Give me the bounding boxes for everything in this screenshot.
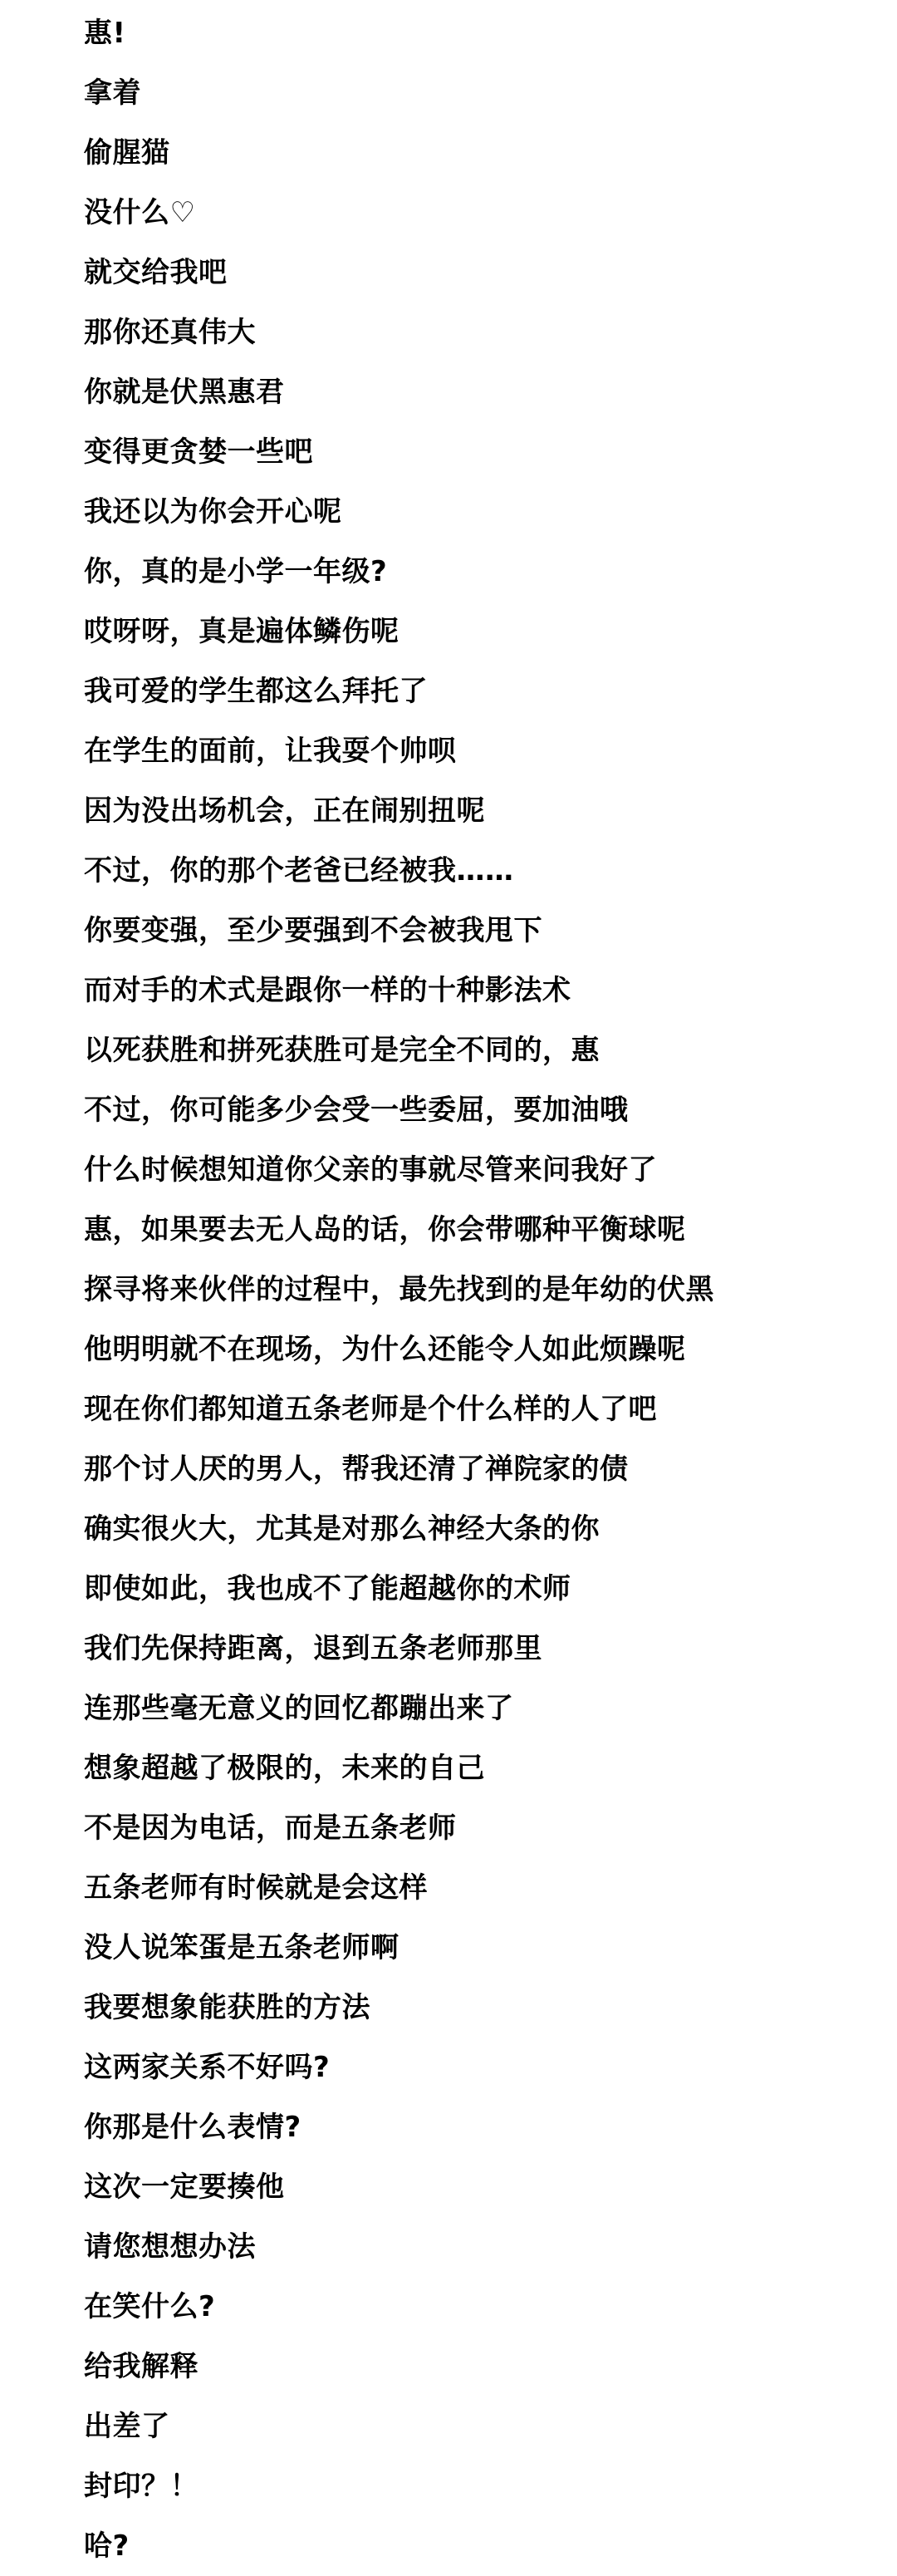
dialogue-line: 五条老师有时候就是会这样 xyxy=(84,1858,897,1918)
dialogue-line: 不过，你可能多少会受一些委屈，要加油哦 xyxy=(84,1080,897,1140)
dialogue-line: 即使如此，我也成不了能超越你的术师 xyxy=(84,1559,897,1619)
dialogue-line: 哎呀呀，真是遍体鳞伤呢 xyxy=(84,602,897,661)
dialogue-line: 给我解释 xyxy=(84,2337,897,2397)
dialogue-line: 我要想象能获胜的方法 xyxy=(84,1978,897,2038)
dialogue-line: 变得更贪婪一些吧 xyxy=(84,422,897,482)
dialogue-line: 那你还真伟大 xyxy=(84,302,897,362)
dialogue-line: 惠，如果要去无人岛的话，你会带哪种平衡球呢 xyxy=(84,1200,897,1260)
dialogue-line: 这两家关系不好吗? xyxy=(84,2038,897,2097)
dialogue-line: 哈? xyxy=(84,2516,897,2576)
dialogue-line: 你要变强，至少要强到不会被我甩下 xyxy=(84,901,897,961)
dialogue-line: 没人说笨蛋是五条老师啊 xyxy=(84,1918,897,1978)
dialogue-line: 你就是伏黑惠君 xyxy=(84,362,897,422)
dialogue-line: 在笑什么? xyxy=(84,2277,897,2337)
dialogue-line: 探寻将来伙伴的过程中，最先找到的是年幼的伏黑 xyxy=(84,1260,897,1320)
dialogue-line: 我们先保持距离，退到五条老师那里 xyxy=(84,1619,897,1679)
dialogue-line: 惠! xyxy=(84,3,897,63)
dialogue-line: 封印？！ xyxy=(84,2456,897,2516)
dialogue-line: 以死获胜和拼死获胜可是完全不同的，惠 xyxy=(84,1020,897,1080)
dialogue-line: 那个讨人厌的男人，帮我还清了禅院家的债 xyxy=(84,1439,897,1499)
dialogue-line: 这次一定要揍他 xyxy=(84,2157,897,2217)
dialogue-line: 请您想想办法 xyxy=(84,2217,897,2277)
dialogue-line: 出差了 xyxy=(84,2397,897,2456)
dialogue-line: 我还以为你会开心呢 xyxy=(84,482,897,542)
dialogue-line: 因为没出场机会，正在闹别扭呢 xyxy=(84,781,897,841)
dialogue-line: 现在你们都知道五条老师是个什么样的人了吧 xyxy=(84,1379,897,1439)
dialogue-line: 他明明就不在现场，为什么还能令人如此烦躁呢 xyxy=(84,1320,897,1379)
dialogue-line: 在学生的面前，让我耍个帅呗 xyxy=(84,721,897,781)
dialogue-line: 就交给我吧 xyxy=(84,243,897,302)
dialogue-line: 确实很火大，尤其是对那么神经大条的你 xyxy=(84,1499,897,1559)
text-page: 惠! 拿着 偷腥猫 没什么♡ 就交给我吧 那你还真伟大 你就是伏黑惠君 变得更贪… xyxy=(0,0,897,2576)
dialogue-line: 偷腥猫 xyxy=(84,123,897,183)
dialogue-line: 不过，你的那个老爸已经被我…… xyxy=(84,841,897,901)
dialogue-line: 什么时候想知道你父亲的事就尽管来问我好了 xyxy=(84,1140,897,1200)
dialogue-list: 惠! 拿着 偷腥猫 没什么♡ 就交给我吧 那你还真伟大 你就是伏黑惠君 变得更贪… xyxy=(0,0,897,2576)
dialogue-line: 我可爱的学生都这么拜托了 xyxy=(84,661,897,721)
dialogue-line: 不是因为电话，而是五条老师 xyxy=(84,1798,897,1858)
dialogue-line: 没什么♡ xyxy=(84,183,897,243)
dialogue-line: 你那是什么表情? xyxy=(84,2097,897,2157)
dialogue-line: 想象超越了极限的，未来的自己 xyxy=(84,1738,897,1798)
dialogue-line: 而对手的术式是跟你一样的十种影法术 xyxy=(84,961,897,1020)
dialogue-line: 拿着 xyxy=(84,63,897,123)
dialogue-line: 你，真的是小学一年级? xyxy=(84,542,897,602)
dialogue-line: 连那些毫无意义的回忆都蹦出来了 xyxy=(84,1679,897,1738)
